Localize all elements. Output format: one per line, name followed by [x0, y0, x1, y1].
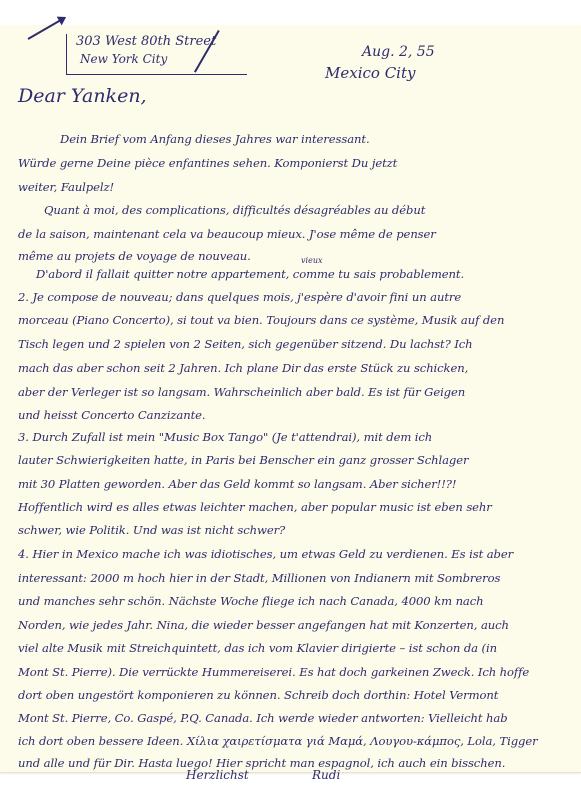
letter-line: viel alte Musik mit Streichquintett, das… — [18, 641, 497, 655]
letter-line: 2. Je compose de nouveau; dans quelques … — [18, 290, 461, 304]
letter-line: ich dort oben bessere Ideen. Χίλια χαιρε… — [18, 734, 538, 748]
letter-line: Tisch legen und 2 spielen von 2 Seiten, … — [18, 337, 473, 351]
letter-line: lauter Schwierigkeiten hatte, in Paris b… — [18, 453, 468, 467]
letter-line: mit 30 Platten geworden. Aber das Geld k… — [18, 477, 456, 491]
letter-line: Mont St. Pierre). Die verrückte Hummerei… — [18, 665, 529, 679]
letter-line: Mont St. Pierre, Co. Gaspé, P.Q. Canada.… — [18, 711, 508, 725]
letter-line: D'abord il fallait quitter notre apparte… — [36, 267, 464, 281]
letter-line: aber der Verleger ist so langsam. Wahrsc… — [18, 385, 465, 399]
closing: Herzlichst — [186, 768, 249, 782]
letter-line: und manches sehr schön. Nächste Woche fl… — [18, 594, 484, 608]
letter-line: mach das aber schon seit 2 Jahren. Ich p… — [18, 361, 468, 375]
letter-line: de la saison, maintenant cela va beaucou… — [18, 227, 436, 241]
letter-line: interessant: 2000 m hoch hier in der Sta… — [18, 571, 500, 585]
letter-line: weiter, Faulpelz! — [18, 180, 114, 194]
letter-line: Dein Brief vom Anfang dieses Jahres war … — [60, 132, 370, 146]
superscript-note: vieux — [301, 256, 322, 265]
letter-line: 4. Hier in Mexico mache ich was idiotisc… — [18, 547, 513, 561]
letter-line: und alle und für Dir. Hasta luego! Hier … — [18, 756, 505, 770]
letter-line: dort oben ungestört komponieren zu könne… — [18, 688, 498, 702]
letter-line: Quant à moi, des complications, difficul… — [44, 203, 425, 217]
letter-line: Würde gerne Deine pièce enfantines sehen… — [18, 156, 397, 170]
letter-line: morceau (Piano Concerto), si tout va bie… — [18, 313, 504, 327]
letter-line: Hoffentlich wird es alles etwas leichter… — [18, 500, 492, 514]
salutation: Dear Yanken, — [18, 85, 147, 107]
address-line-2: New York City — [80, 52, 167, 66]
address-line-1: 303 West 80th Street — [76, 34, 216, 49]
letter-date: Aug. 2, 55 — [362, 44, 435, 60]
letter-line: schwer, wie Politik. Und was ist nicht s… — [18, 523, 285, 537]
letter-line: 3. Durch Zufall ist mein "Music Box Tang… — [18, 430, 432, 444]
letter-line: même au projets de voyage de nouveau. — [18, 249, 251, 263]
signature: Rudi — [312, 768, 340, 782]
letter-line: Norden, wie jedes Jahr. Nina, die wieder… — [18, 618, 509, 632]
letter-place: Mexico City — [325, 64, 415, 82]
letter-line: und heisst Concerto Canzizante. — [18, 408, 206, 422]
